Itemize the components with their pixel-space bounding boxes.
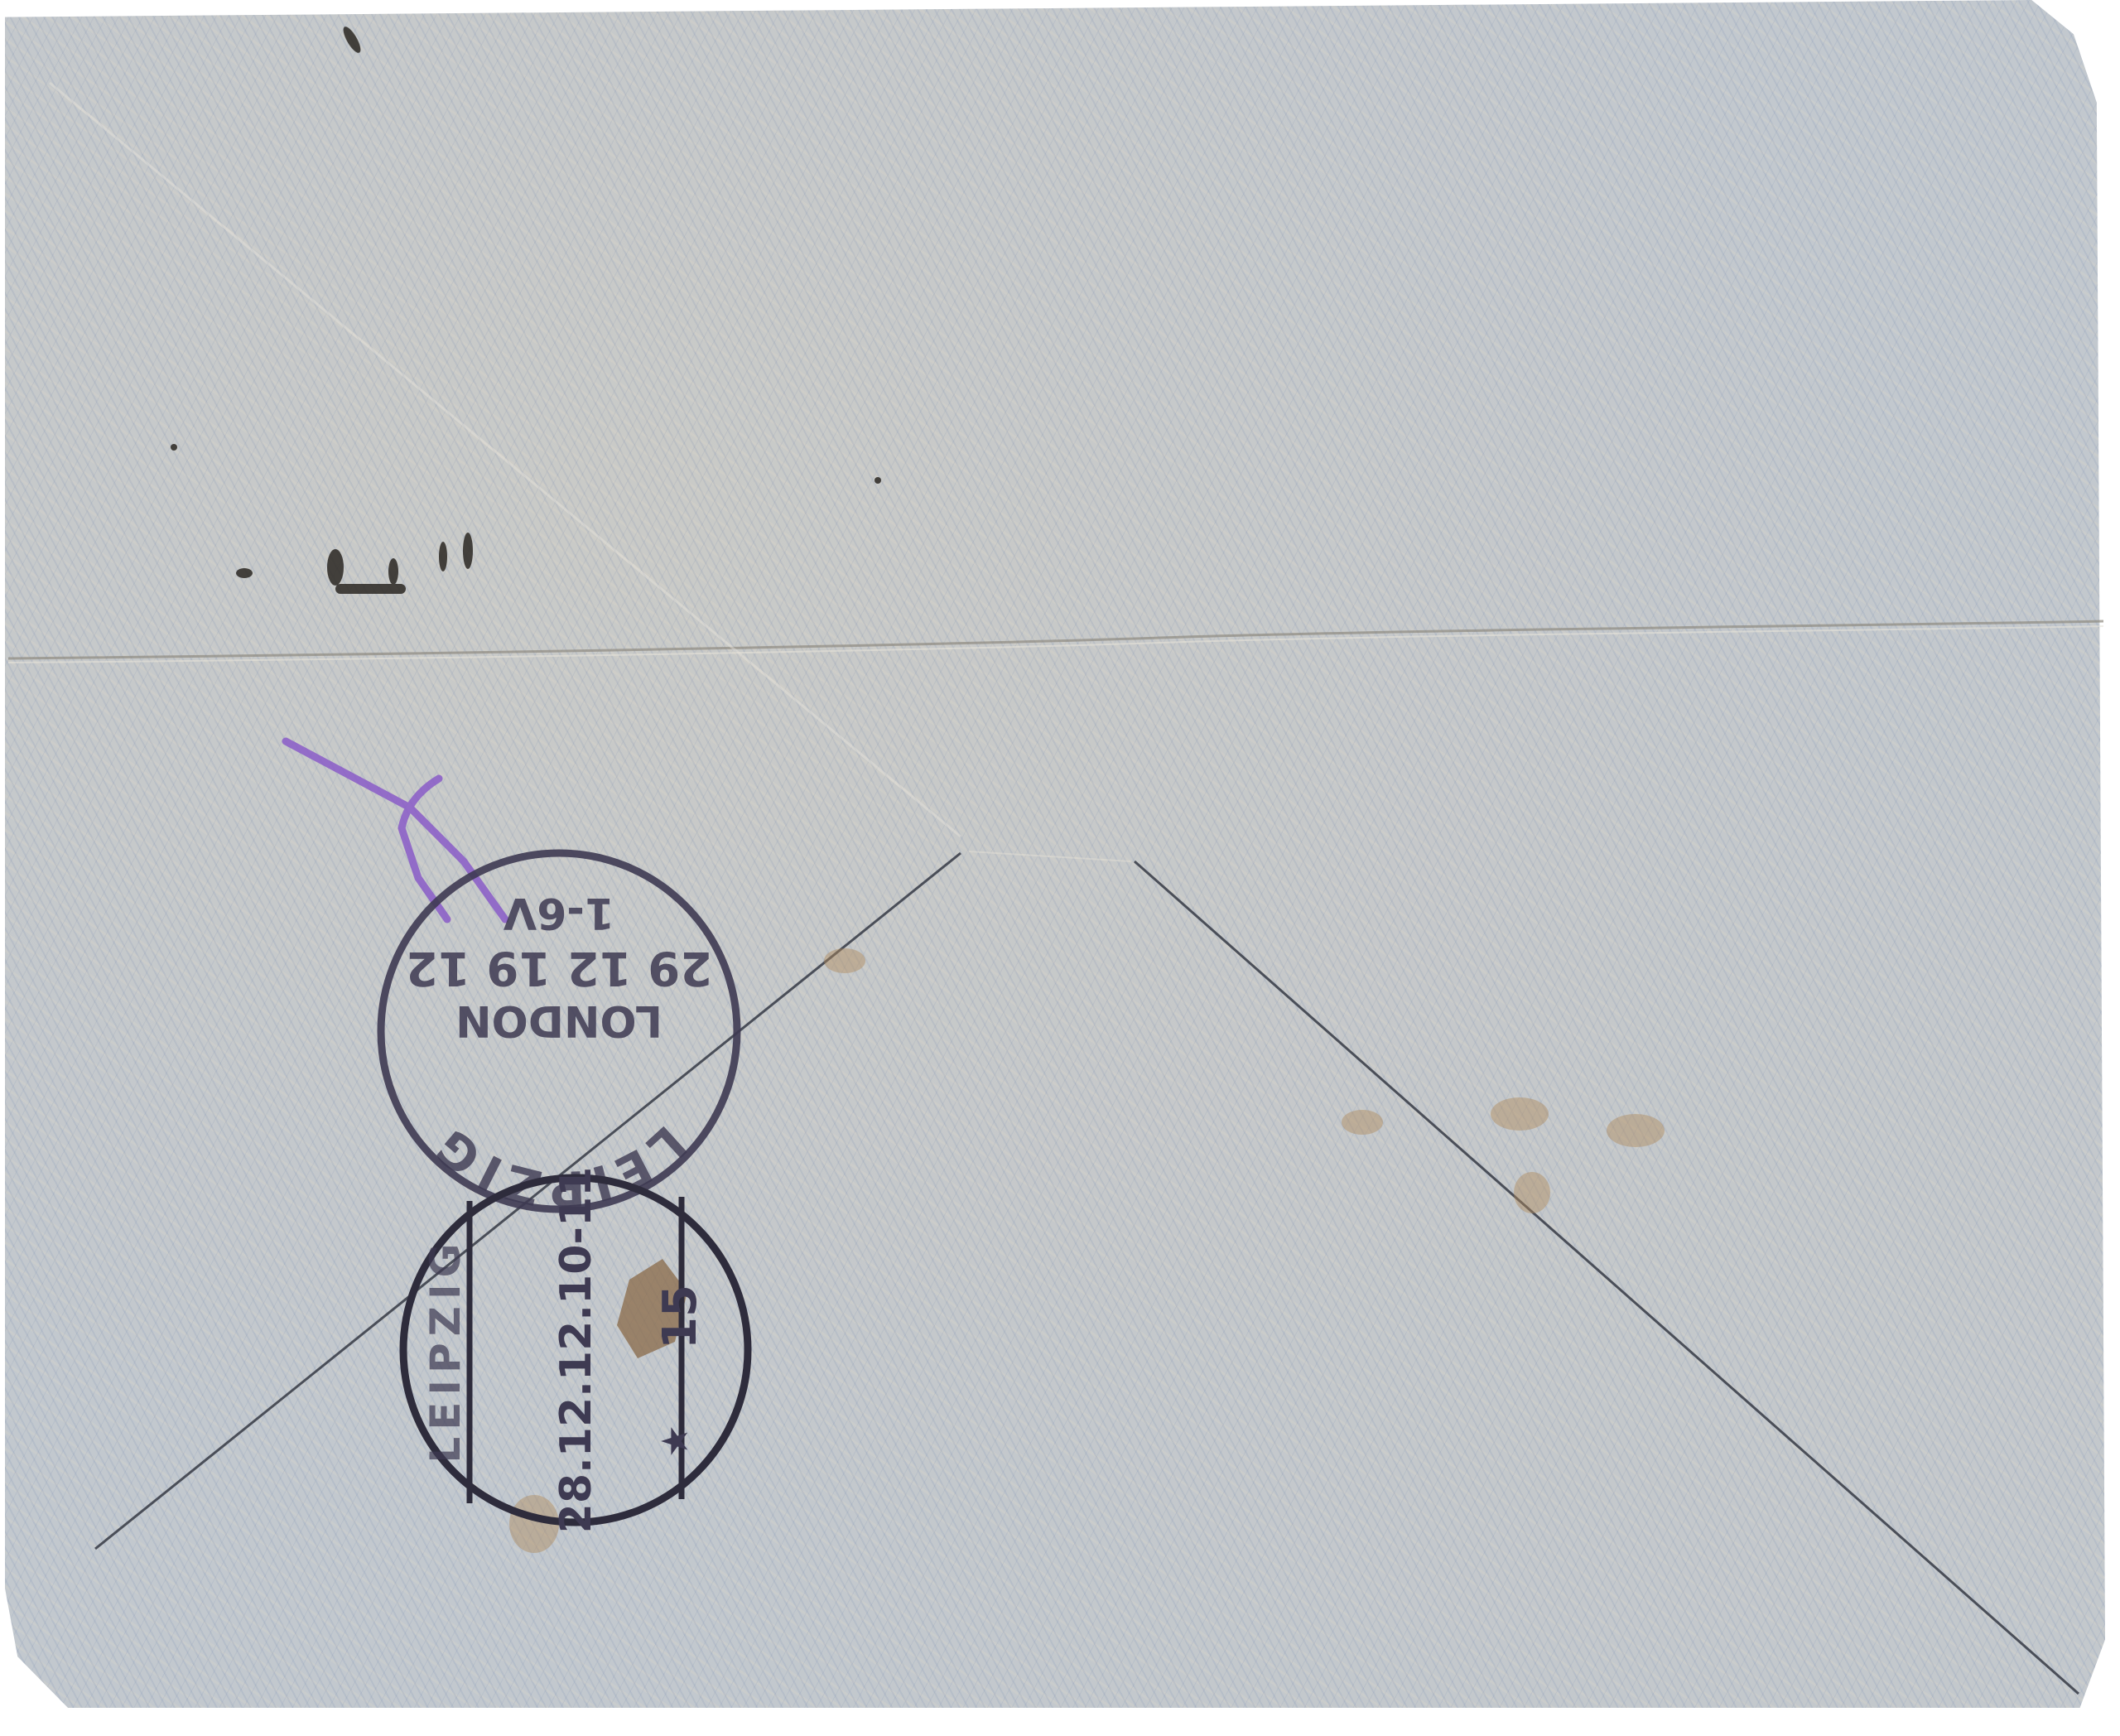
postmark-lower-ring-text: LEIPZIG (422, 1237, 470, 1463)
postmark-lower: 28.12.12.10-11 15 ★ LEIPZIG (403, 1167, 748, 1534)
postmark-lower-date: 28.12.12.10-11 (552, 1167, 601, 1534)
star-icon: ★ (654, 1425, 696, 1457)
postmark-upper-city: LONDON (455, 996, 662, 1045)
postmark-upper: LEIPZIG LONDON 29 12 19 12 1-6V (381, 853, 737, 1218)
fold-crease (8, 621, 2103, 658)
postmark-upper-date: 29 12 19 12 (406, 941, 712, 995)
flap-edge-right (1135, 861, 2079, 1694)
postmark-upper-time: 1-6V (503, 888, 614, 938)
envelope-markings: LEIPZIG LONDON 29 12 19 12 1-6V 28.12.12… (0, 0, 2120, 1736)
crayon-x-mark (286, 741, 505, 919)
postmark-lower-office-number: 15 (653, 1285, 707, 1349)
diagonal-crease (50, 83, 961, 837)
ink-smudge (171, 24, 881, 594)
